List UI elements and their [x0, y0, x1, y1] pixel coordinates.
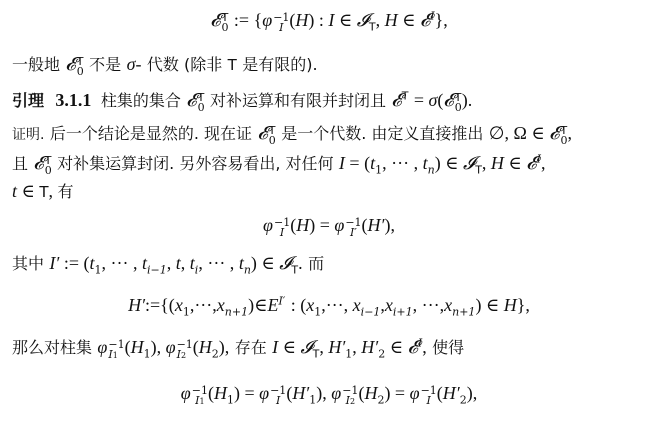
remark-paragraph: 一般地 𝓔T0 不是 σ- 代数 (除非 T 是有限的). — [12, 53, 318, 75]
equation-common-index: φ−1I1(H1) = φ−1I(H′1), φ−1I2(H2) = φ−1I(… — [0, 380, 658, 406]
lemma-number: 3.1.1 — [55, 90, 91, 110]
equation-definition: 𝓔T0 := {φ−1I(H) : I ∈ 𝓘T, H ∈ 𝓔I}, — [0, 7, 658, 33]
proof-label: 证明. — [12, 127, 44, 143]
lemma-label: 引理 — [12, 91, 44, 110]
equation-h-prime: H′:={(x1,···,xn+1)∈EI′ : (x1,···, xi−1,x… — [0, 292, 658, 318]
proof-line-5: 那么对柱集 φ−1I1(H1), φ−1I2(H2), 存在 I ∈ 𝓘T, H… — [12, 336, 464, 358]
proof-line-2: 且 𝓔T0 对补集运算封闭. 另外容易看出, 对任何 I = (t1, ··· … — [12, 152, 545, 174]
script-e-symbol: 𝓔 — [210, 10, 220, 30]
proof-line-3: t ∈ T, 有 — [12, 180, 74, 202]
lemma-statement: 引理 3.1.1 柱集的集合 𝓔T0 对补运算和有限并封闭且 𝓔T = σ(𝓔T… — [12, 89, 472, 111]
proof-line-4: 其中 I′ := (t1, ··· , ti−1, t, ti, ··· , t… — [12, 252, 324, 274]
proof-line-1: 证明. 后一个结论是显然的. 现在证 𝓔T0 是一个代数. 由定义直接推出 ∅,… — [12, 122, 572, 144]
equation-preimage: φ−1I(H) = φ−1I′(H′), — [0, 212, 658, 238]
